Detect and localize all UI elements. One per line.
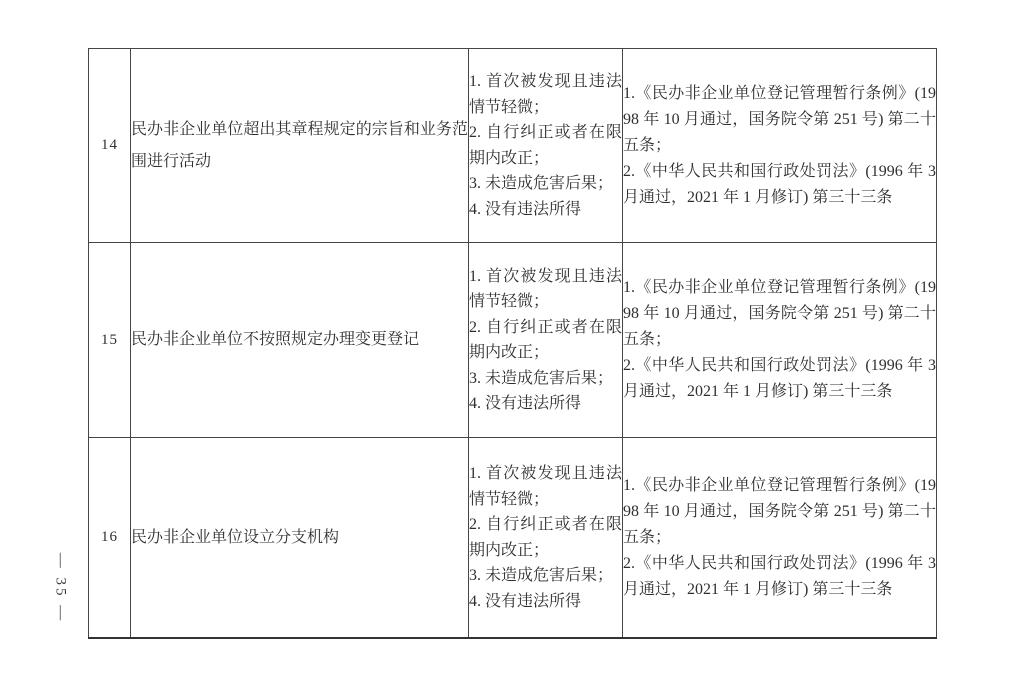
condition-item: 1. 首次被发现且违法情节轻微； [469, 264, 622, 315]
condition-item: 4. 没有违法所得 [469, 197, 622, 223]
legal-basis-cell: 1.《民办非企业单位登记管理暂行条例》(1998 年 10 月通过，国务院令第 … [623, 243, 937, 438]
violation-text: 民办非企业单位不按照规定办理变更登记 [131, 324, 468, 356]
row-index-cell: 15 [89, 243, 131, 438]
row-index-cell: 16 [89, 438, 131, 639]
condition-item: 3. 未造成危害后果； [469, 171, 622, 197]
violation-cell: 民办非企业单位超出其章程规定的宗旨和业务范围进行活动 [131, 49, 469, 243]
table-row: 14 民办非企业单位超出其章程规定的宗旨和业务范围进行活动 1. 首次被发现且违… [89, 49, 937, 243]
condition-item: 2. 自行纠正或者在限期内改正； [469, 315, 622, 366]
conditions-cell: 1. 首次被发现且违法情节轻微； 2. 自行纠正或者在限期内改正； 3. 未造成… [469, 49, 623, 243]
table-row: 16 民办非企业单位设立分支机构 1. 首次被发现且违法情节轻微； 2. 自行纠… [89, 438, 937, 639]
conditions-cell: 1. 首次被发现且违法情节轻微； 2. 自行纠正或者在限期内改正； 3. 未造成… [469, 438, 623, 639]
conditions-cell: 1. 首次被发现且违法情节轻微； 2. 自行纠正或者在限期内改正； 3. 未造成… [469, 243, 623, 438]
document-page: — 35 — 14 民办非企业单位超出其章程规定的宗旨和业务范围进行活动 1. … [0, 0, 1019, 690]
table-row: 15 民办非企业单位不按照规定办理变更登记 1. 首次被发现且违法情节轻微； 2… [89, 243, 937, 438]
page-number: — 35 — [52, 553, 69, 624]
legal-item: 1.《民办非企业单位登记管理暂行条例》(1998 年 10 月通过，国务院令第 … [623, 81, 936, 159]
legal-item: 2.《中华人民共和国行政处罚法》(1996 年 3 月通过，2021 年 1 月… [623, 551, 936, 603]
legal-item: 2.《中华人民共和国行政处罚法》(1996 年 3 月通过，2021 年 1 月… [623, 353, 936, 405]
legal-item: 1.《民办非企业单位登记管理暂行条例》(1998 年 10 月通过，国务院令第 … [623, 275, 936, 353]
condition-item: 2. 自行纠正或者在限期内改正； [469, 512, 622, 563]
row-index: 16 [101, 529, 118, 545]
condition-item: 3. 未造成危害后果； [469, 366, 622, 392]
violation-text: 民办非企业单位设立分支机构 [131, 522, 468, 554]
condition-item: 1. 首次被发现且违法情节轻微； [469, 69, 622, 120]
condition-item: 3. 未造成危害后果； [469, 563, 622, 589]
legal-item: 2.《中华人民共和国行政处罚法》(1996 年 3 月通过，2021 年 1 月… [623, 159, 936, 211]
legal-basis-cell: 1.《民办非企业单位登记管理暂行条例》(1998 年 10 月通过，国务院令第 … [623, 438, 937, 639]
violation-cell: 民办非企业单位设立分支机构 [131, 438, 469, 639]
legal-basis-cell: 1.《民办非企业单位登记管理暂行条例》(1998 年 10 月通过，国务院令第 … [623, 49, 937, 243]
violation-text: 民办非企业单位超出其章程规定的宗旨和业务范围进行活动 [131, 114, 468, 178]
penalty-table: 14 民办非企业单位超出其章程规定的宗旨和业务范围进行活动 1. 首次被发现且违… [88, 48, 937, 639]
row-index: 14 [101, 137, 118, 153]
condition-item: 4. 没有违法所得 [469, 589, 622, 615]
condition-item: 4. 没有违法所得 [469, 391, 622, 417]
violation-cell: 民办非企业单位不按照规定办理变更登记 [131, 243, 469, 438]
legal-item: 1.《民办非企业单位登记管理暂行条例》(1998 年 10 月通过，国务院令第 … [623, 473, 936, 551]
condition-item: 2. 自行纠正或者在限期内改正； [469, 120, 622, 171]
row-index: 15 [101, 332, 118, 348]
row-index-cell: 14 [89, 49, 131, 243]
condition-item: 1. 首次被发现且违法情节轻微； [469, 461, 622, 512]
